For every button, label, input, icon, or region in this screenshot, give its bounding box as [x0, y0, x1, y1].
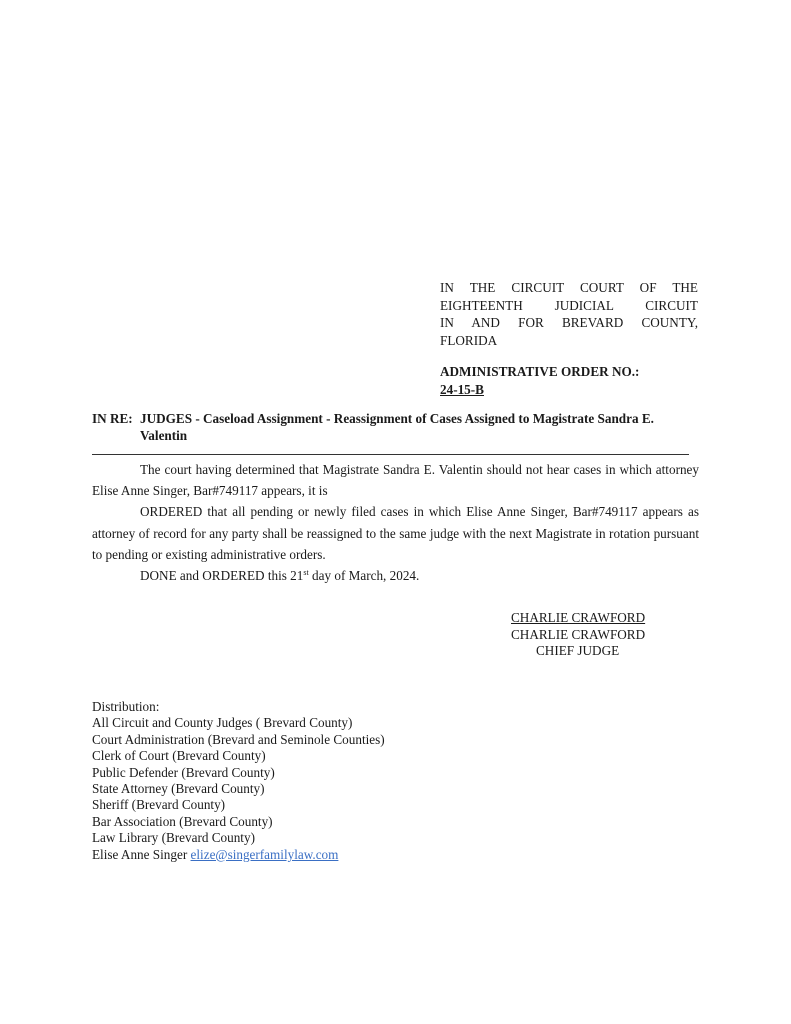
judge-title: CHIEF JUDGE — [511, 643, 645, 660]
printed-name: CHARLIE CRAWFORD — [511, 627, 645, 644]
distribution-heading: Distribution: — [92, 699, 385, 715]
administrative-order-number: ADMINISTRATIVE ORDER NO.: 24-15-B — [440, 363, 639, 398]
distribution-item: Public Defender (Brevard County) — [92, 765, 385, 781]
in-re-label: IN RE: — [92, 410, 133, 427]
distribution-item: State Attorney (Brevard County) — [92, 781, 385, 797]
signature-block: CHARLIE CRAWFORD CHARLIE CRAWFORD CHIEF … — [511, 610, 645, 660]
divider-line — [92, 454, 689, 455]
caption-line: IN THE CIRCUIT COURT OF THE — [440, 279, 698, 297]
caption-line: IN AND FOR BREVARD COUNTY, — [440, 314, 698, 332]
caption-line: FLORIDA — [440, 332, 698, 350]
in-re-heading: IN RE: JUDGES - Caseload Assignment - Re… — [92, 410, 702, 444]
distribution-item: Elise Anne Singer elize@singerfamilylaw.… — [92, 847, 385, 863]
order-label: ADMINISTRATIVE ORDER NO.: — [440, 364, 639, 379]
distribution-item: Sheriff (Brevard County) — [92, 797, 385, 813]
distribution-list: Distribution: All Circuit and County Jud… — [92, 699, 385, 863]
done-suffix: day of March, 2024. — [309, 568, 420, 583]
in-re-subject: JUDGES - Caseload Assignment - Reassignm… — [140, 410, 702, 444]
distribution-item: Law Library (Brevard County) — [92, 830, 385, 846]
body-paragraph-2: ORDERED that all pending or newly filed … — [92, 501, 699, 565]
distribution-item: Court Administration (Brevard and Semino… — [92, 732, 385, 748]
caption-line: EIGHTEENTH JUDICIAL CIRCUIT — [440, 297, 698, 315]
distribution-item: Bar Association (Brevard County) — [92, 814, 385, 830]
distribution-item: Clerk of Court (Brevard County) — [92, 748, 385, 764]
done-prefix: DONE and ORDERED this 21 — [140, 568, 303, 583]
body-paragraph-1: The court having determined that Magistr… — [92, 459, 699, 501]
distribution-item: All Circuit and County Judges ( Brevard … — [92, 715, 385, 731]
court-caption: IN THE CIRCUIT COURT OF THE EIGHTEENTH J… — [440, 279, 698, 349]
order-number: 24-15-B — [440, 381, 639, 399]
recipient-name: Elise Anne Singer — [92, 847, 191, 862]
done-and-ordered: DONE and ORDERED this 21st day of March,… — [92, 565, 699, 586]
email-link[interactable]: elize@singerfamilylaw.com — [191, 847, 339, 862]
order-body: The court having determined that Magistr… — [92, 459, 699, 586]
signed-name: CHARLIE CRAWFORD — [511, 610, 645, 627]
